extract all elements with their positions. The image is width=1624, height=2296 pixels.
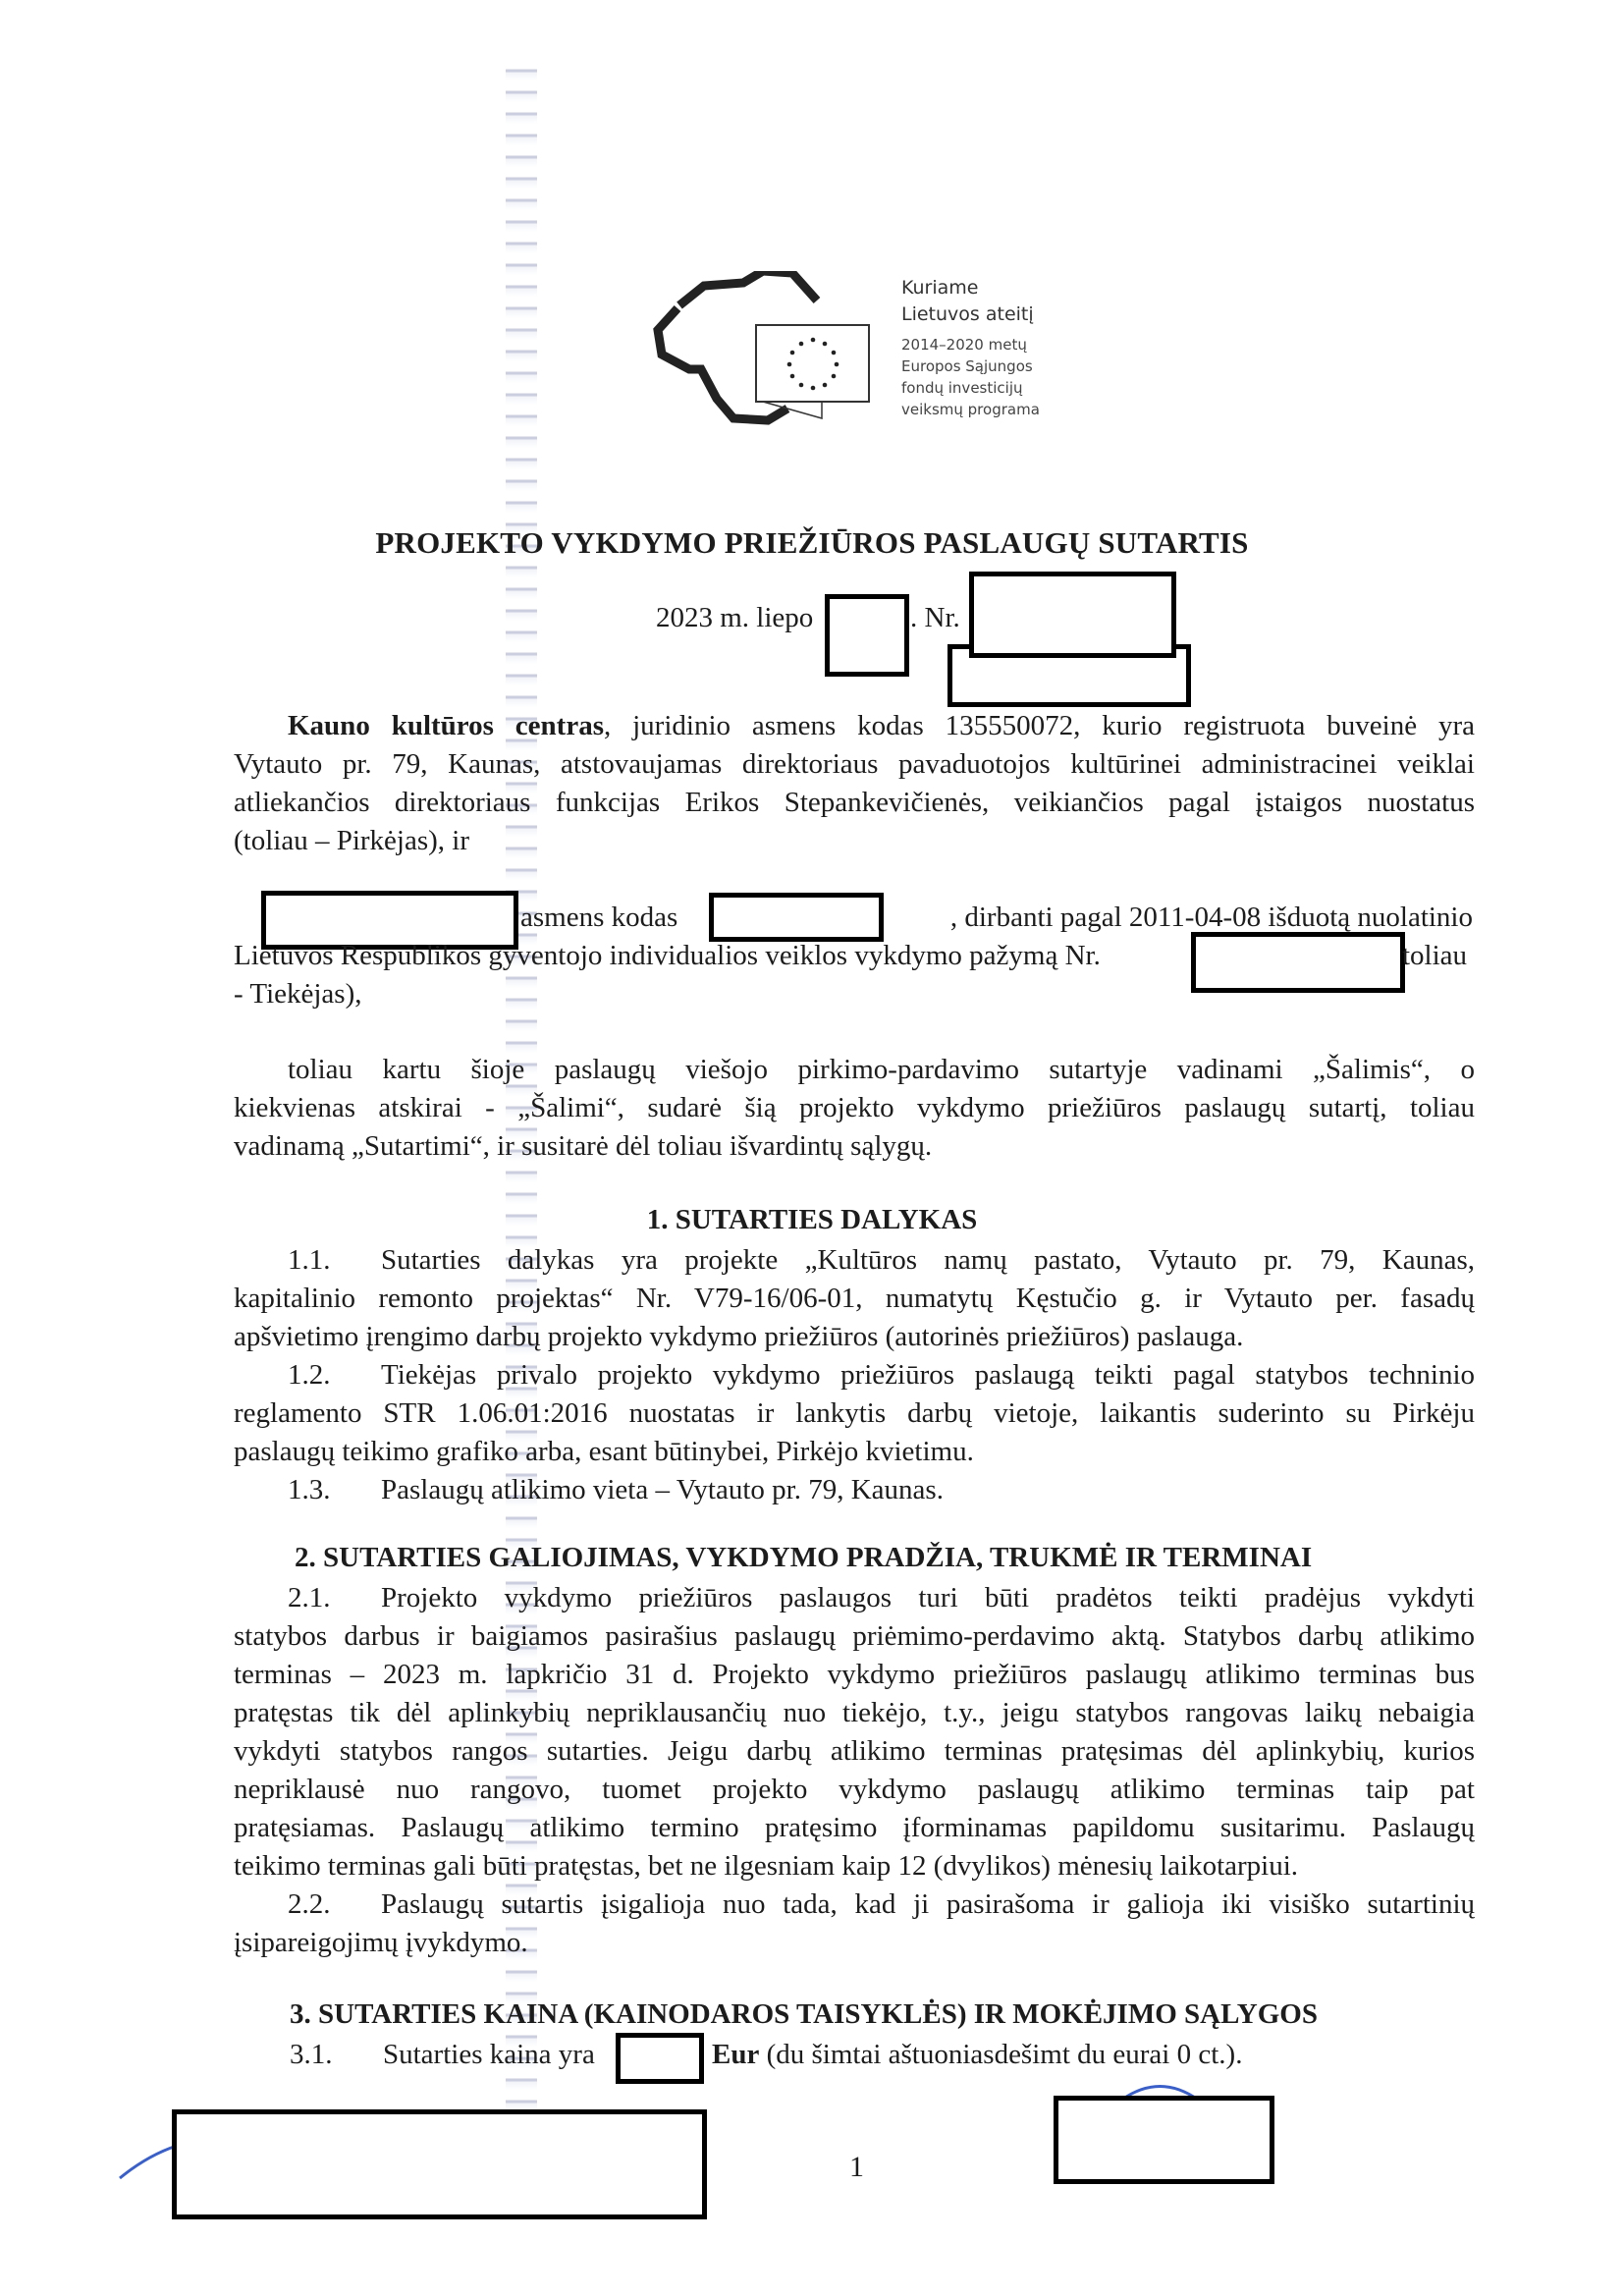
clause-2-2: 2.2.Paslaugų sutartis įsigalioja nuo tad… [234,1886,1475,1962]
asmens-kodas-label: asmens kodas [520,901,677,934]
logo-line: Lietuvos ateitį [901,301,1040,328]
buyer-name: Kauno kultūros centras [288,710,604,741]
clause-1-2: 1.2.Tiekėjas privalo projekto vykdymo pr… [234,1356,1475,1471]
redaction-box [825,594,909,677]
clause-3-1: 3.1.Sutarties kaina yra [290,2038,595,2071]
signature-redaction-box [1054,2096,1274,2184]
supplier-text: , dirbanti pagal 2011-04-08 išduotą nuol… [884,901,1473,934]
clause-1-1: 1.1.Sutarties dalykas yra projekte „Kult… [234,1241,1475,1356]
date-prefix: 2023 m. liepo [656,601,813,634]
redaction-box [709,893,884,942]
supplier-text: - Tiekėjas), [234,977,362,1011]
redaction-box [616,2033,704,2084]
logo-line: Europos Sąjungos [901,355,1040,377]
price-text: Eur (du šimtai aštuoniasdešimt du eurai … [712,2038,1242,2071]
document-title: PROJEKTO VYKDYMO PRIEŽIŪROS PASLAUGŲ SUT… [0,525,1624,561]
lithuania-eu-flag-logo-icon [650,271,871,428]
logo-caption: Kuriame Lietuvos ateitį 2014–2020 metų E… [901,275,1040,420]
supplier-text: toliau [1402,939,1467,972]
clause-1-3: 1.3.Paslaugų atlikimo vieta – Vytauto pr… [234,1471,1475,1509]
intro-paragraph: Kauno kultūros centras, juridinio asmens… [234,707,1475,860]
logo-line: veiksmų programa [901,399,1040,420]
section-heading: 1. SUTARTIES DALYKAS [0,1204,1624,1236]
clause-2-1: 2.1.Projekto vykdymo priežiūros paslaugo… [234,1579,1475,1886]
section-heading: 3. SUTARTIES KAINA (KAINODAROS TAISYKLĖS… [290,1998,1318,2031]
redaction-box [1191,932,1405,993]
page-number: 1 [849,2151,864,2184]
logo-line: Kuriame [901,275,1040,301]
logo-line: 2014–2020 metų [901,334,1040,355]
redaction-box [969,572,1176,658]
parties-paragraph: toliau kartu šioje paslaugų viešojo pirk… [234,1051,1475,1166]
logo-line: fondų investicijų [901,377,1040,399]
section-heading: 2. SUTARTIES GALIOJIMAS, VYKDYMO PRADŽIA… [295,1542,1312,1574]
signature-redaction-box [172,2109,707,2219]
number-label: . Nr. [910,601,960,634]
supplier-text: Lietuvos Respublikos gyventojo individua… [234,939,1101,972]
